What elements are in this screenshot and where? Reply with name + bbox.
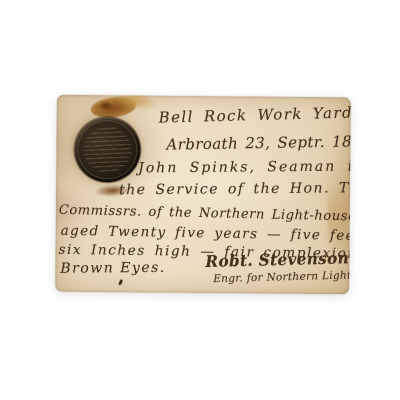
wax-stain-core xyxy=(99,101,113,110)
signature: Robt. Stevenson xyxy=(205,248,349,271)
photograph: Bell Rock Work Yard Arbroath 23, Septr. … xyxy=(0,0,400,400)
handwriting-line-1: Bell Rock Work Yard xyxy=(158,104,350,127)
identification-card: Bell Rock Work Yard Arbroath 23, Septr. … xyxy=(55,95,351,295)
handwriting-line-8: Brown Eyes. xyxy=(60,260,166,277)
signature-title: Engr. for Northern Lights xyxy=(213,269,351,285)
handwriting-line-3: John Spinks, Seaman in xyxy=(138,158,351,176)
ink-dot xyxy=(118,279,123,286)
handwriting-line-2: Arbroath 23, Septr. 1808 xyxy=(166,132,351,154)
medal-inscription-lines xyxy=(83,126,131,173)
handwriting-line-4: the Service of the Hon. The xyxy=(119,180,351,198)
handwriting-line-6: aged Twenty five years — five feet xyxy=(61,223,351,244)
handwriting-line-5: Commissrs. of the Northern Light-houses xyxy=(59,203,351,225)
bell-rock-medal xyxy=(74,117,141,183)
